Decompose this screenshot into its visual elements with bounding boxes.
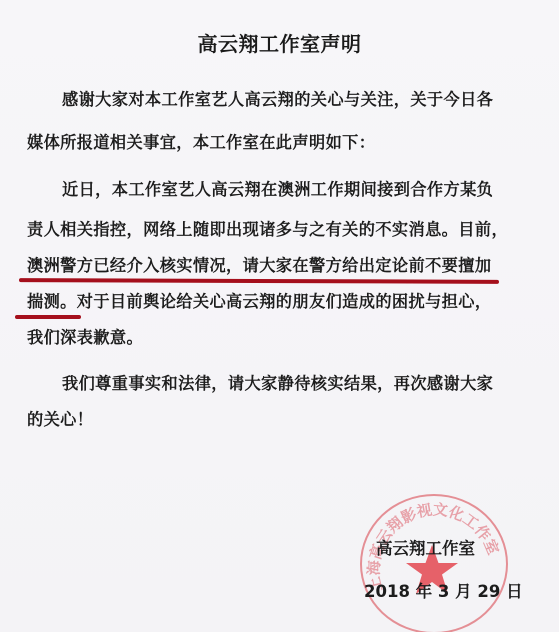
document-title: 高云翔工作室声明 bbox=[0, 28, 559, 57]
signature-date: 2018 年 3 月 29 日 bbox=[364, 578, 523, 602]
red-underline-1 bbox=[19, 278, 499, 284]
paragraph-2-line-4: 揣测。对于目前舆论给关心高云翔的朋友们造成的困扰与担心， bbox=[27, 288, 491, 312]
paragraph-3-line-1: 我们尊重事实和法律，请大家静待核实结果，再次感谢大家 bbox=[62, 370, 493, 394]
paragraph-2-line-2: 责人相关指控，网络上随即出现诸多与之有关的不实消息。目前， bbox=[27, 216, 508, 240]
statement-document: 高云翔工作室声明 感谢大家对本工作室艺人高云翔的关心与关注，关于今日各 媒体所报… bbox=[0, 0, 559, 632]
paragraph-3-line-2: 的关心！ bbox=[27, 406, 93, 430]
paragraph-1-line-2: 媒体所报道相关事宜，本工作室在此声明如下： bbox=[27, 129, 375, 153]
paragraph-2-line-1: 近日，本工作室艺人高云翔在澳洲工作期间接到合作方某负 bbox=[62, 176, 493, 200]
paragraph-2-line-3: 澳洲警方已经介入核实情况，请大家在警方给出定论前不要擅加 bbox=[27, 252, 491, 276]
signature-name: 高云翔工作室 bbox=[376, 535, 475, 559]
red-underline-2 bbox=[15, 315, 81, 319]
paragraph-2-line-5: 我们深表歉意。 bbox=[27, 324, 143, 348]
paragraph-1-line-1: 感谢大家对本工作室艺人高云翔的关心与关注，关于今日各 bbox=[62, 86, 493, 110]
